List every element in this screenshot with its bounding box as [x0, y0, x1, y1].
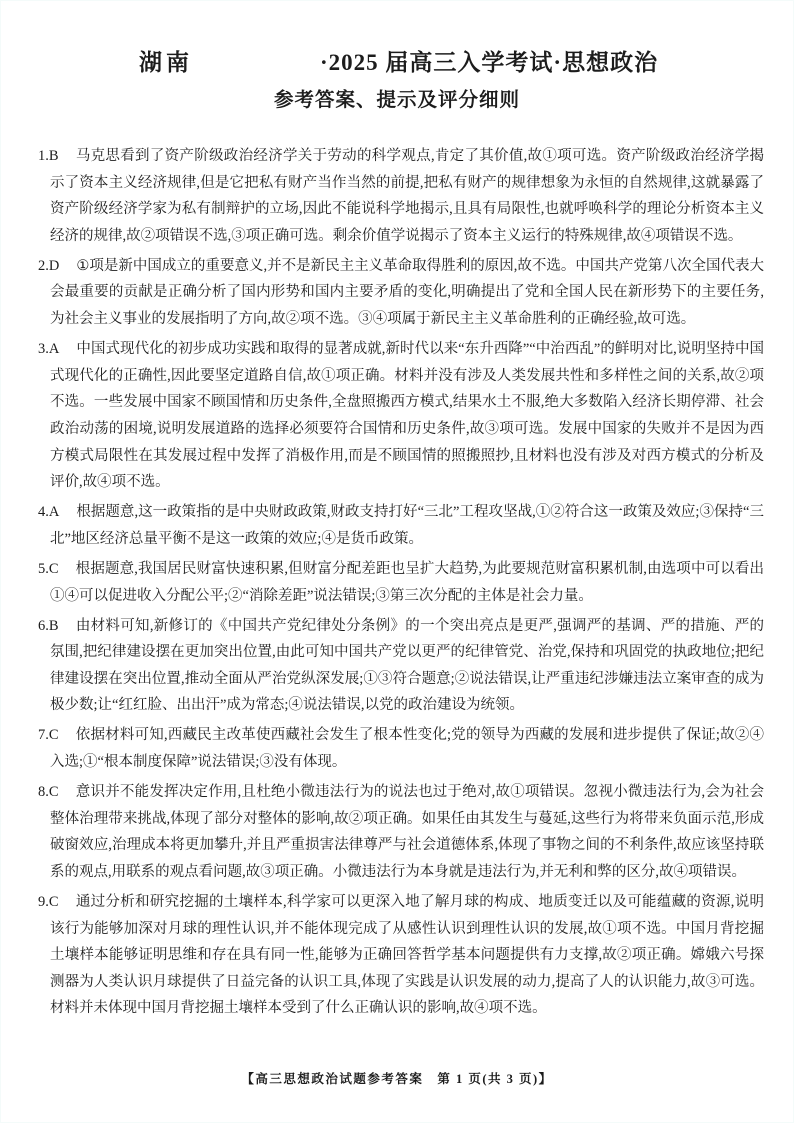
- answer-text: 意识并不能发挥决定作用,且杜绝小微违法行为的说法也过于绝对,故①项错误。忽视小微…: [50, 784, 764, 880]
- answer-item: 2.D①项是新中国成立的重要意义,并不是新民主主义革命取得胜利的原因,故不选。中…: [38, 253, 764, 333]
- answer-text: 通过分析和研究挖掘的土壤样本,科学家可以更深入地了解月球的构成、地质变迁以及可能…: [50, 894, 764, 1016]
- answer-text: 由材料可知,新修订的《中国共产党纪律处分条例》的一个突出亮点是更严,强调严的基调…: [50, 618, 764, 714]
- answer-text: 依据材料可知,西藏民主改革使西藏社会发生了根本性变化;党的领导为西藏的发展和进步…: [50, 727, 764, 770]
- answer-label: 5.C: [38, 561, 59, 577]
- answer-text: ①项是新中国成立的重要意义,并不是新民主主义革命取得胜利的原因,故不选。中国共产…: [50, 258, 764, 327]
- answer-item: 1.B马克思看到了资产阶级政治经济学关于劳动的科学观点,肯定了其价值,故①项可选…: [38, 143, 764, 249]
- answer-item: 6.B由材料可知,新修订的《中国共产党纪律处分条例》的一个突出亮点是更严,强调严…: [38, 613, 764, 719]
- page-header: 湖南 ·2025 届高三入学考试·思想政治: [0, 44, 794, 76]
- answer-label: 2.D: [38, 258, 59, 274]
- exam-title: ·2025 届高三入学考试·思想政治: [320, 44, 658, 77]
- page-subtitle: 参考答案、提示及评分细则: [0, 84, 794, 112]
- page-footer: 【高三思想政治试题参考答案 第 1 页(共 3 页)】: [0, 1069, 794, 1087]
- region-label: 湖南: [139, 44, 193, 77]
- answer-text: 根据题意,这一政策指的是中央财政政策,财政支持打好“三北”工程攻坚战,①②符合这…: [50, 504, 764, 547]
- answer-item: 8.C意识并不能发挥决定作用,且杜绝小微违法行为的说法也过于绝对,故①项错误。忽…: [38, 779, 764, 885]
- answer-label: 1.B: [38, 148, 59, 164]
- answer-sheet-page: 湖南 ·2025 届高三入学考试·思想政治 参考答案、提示及评分细则 1.B马克…: [0, 0, 794, 1123]
- answer-item: 9.C通过分析和研究挖掘的土壤样本,科学家可以更深入地了解月球的构成、地质变迁以…: [38, 889, 764, 1022]
- answer-label: 9.C: [38, 894, 59, 910]
- answer-item: 3.A中国式现代化的初步成功实践和取得的显著成就,新时代以来“东升西降”“中治西…: [38, 336, 764, 496]
- answer-text: 中国式现代化的初步成功实践和取得的显著成就,新时代以来“东升西降”“中治西乱”的…: [50, 341, 764, 490]
- answer-item: 4.A根据题意,这一政策指的是中央财政政策,财政支持打好“三北”工程攻坚战,①②…: [38, 499, 764, 552]
- answer-item: 7.C依据材料可知,西藏民主改革使西藏社会发生了根本性变化;党的领导为西藏的发展…: [38, 722, 764, 775]
- answer-label: 6.B: [38, 618, 59, 634]
- answers-section: 1.B马克思看到了资产阶级政治经济学关于劳动的科学观点,肯定了其价值,故①项可选…: [38, 143, 764, 1026]
- answer-label: 8.C: [38, 784, 59, 800]
- answer-text: 马克思看到了资产阶级政治经济学关于劳动的科学观点,肯定了其价值,故①项可选。资产…: [50, 148, 764, 244]
- answer-item: 5.C根据题意,我国居民财富快速积累,但财富分配差距也呈扩大趋势,为此要规范财富…: [38, 556, 764, 609]
- answer-label: 7.C: [38, 727, 59, 743]
- answer-label: 4.A: [38, 504, 59, 520]
- answer-text: 根据题意,我国居民财富快速积累,但财富分配差距也呈扩大趋势,为此要规范财富积累机…: [50, 561, 764, 604]
- answer-label: 3.A: [38, 341, 59, 357]
